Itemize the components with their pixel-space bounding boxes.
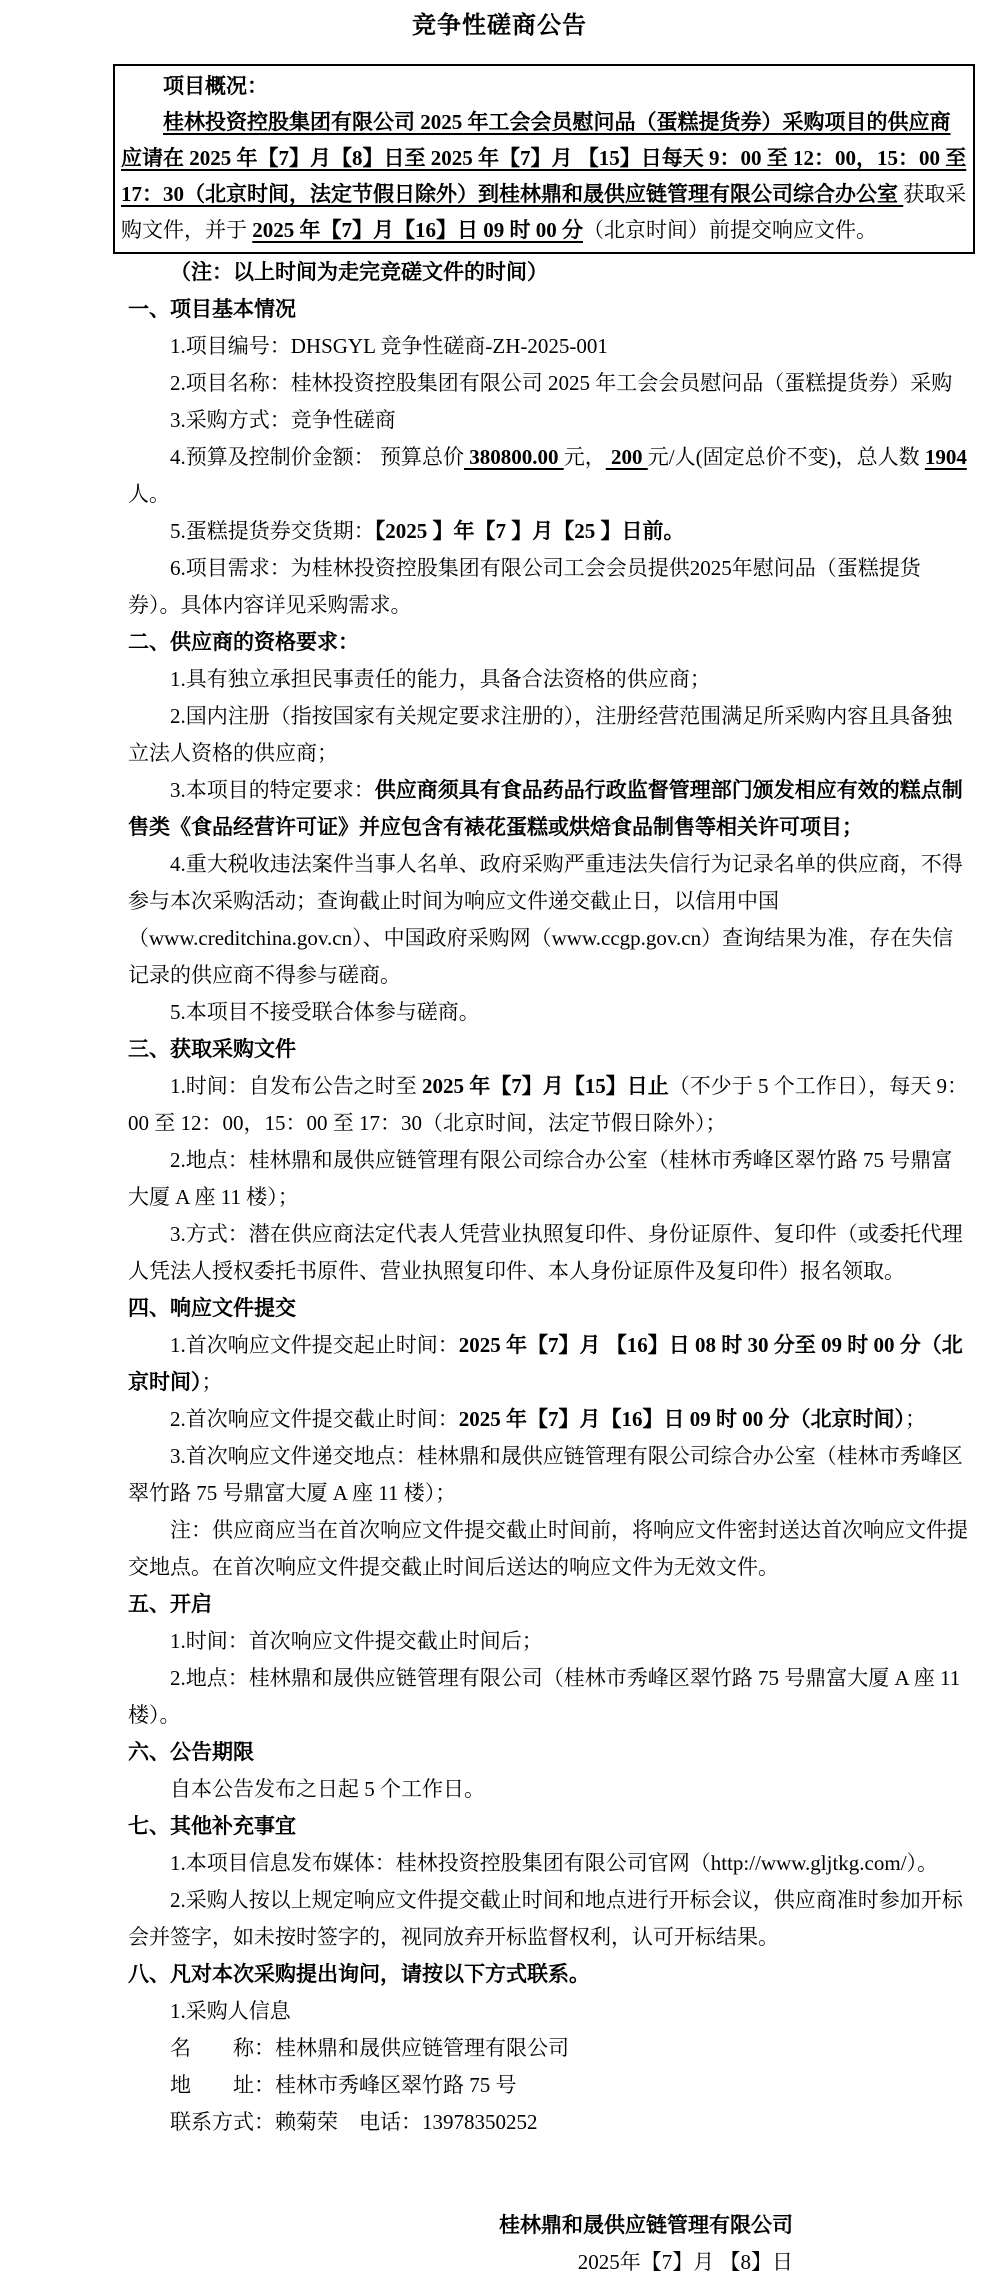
document-section: 一、项目基本情况 1.项目编号：DHSGYL 竞争性磋商-ZH-2025-001… [128, 291, 970, 624]
overview-heading: 项目概况： [121, 68, 967, 104]
page-title: 竞争性磋商公告 [0, 8, 999, 44]
section-heading: 二、供应商的资格要求： [128, 624, 970, 661]
note-line: （注：以上时间为走完竞磋文件的时间） [128, 254, 970, 291]
text-run: 元/人(固定总价不变)，总人数 [648, 445, 925, 469]
paragraph: 1.时间：自发布公告之时至 2025 年【7】月【15】日止（不少于 5 个工作… [128, 1068, 970, 1142]
section-heading: 五、开启 [128, 1586, 970, 1623]
text-run: 名 称：桂林鼎和晟供应链管理有限公司 [170, 2036, 569, 2060]
text-run: 5.蛋糕提货券交货期： [170, 519, 375, 543]
text-run: ； [202, 1370, 223, 1394]
paragraph: 地 址：桂林市秀峰区翠竹路 75 号 [128, 2067, 970, 2104]
paragraph: 1.项目编号：DHSGYL 竞争性磋商-ZH-2025-001 [128, 328, 970, 365]
text-run: 2.地点：桂林鼎和晟供应链管理有限公司（桂林市秀峰区翠竹路 75 号鼎富大厦 A… [128, 1666, 960, 1727]
signature-date: 2025年【7】月 【8】日 [128, 2244, 793, 2281]
section-paragraphs: 1.具有独立承担民事责任的能力，具备合法资格的供应商；2.国内注册（指按国家有关… [128, 661, 970, 1031]
text-run: 注：供应商应当在首次响应文件提交截止时间前，将响应文件密封送达首次响应文件提交地… [128, 1518, 968, 1579]
section-paragraphs: 1.首次响应文件提交起止时间：2025 年【7】月 【16】日 08 时 30 … [128, 1327, 970, 1586]
document-section: 七、其他补充事宜 1.本项目信息发布媒体：桂林投资控股集团有限公司官网（http… [128, 1808, 970, 1956]
text-run: （北京时间）前提交响应文件。 [583, 218, 877, 242]
text-run: 2025 年【7】月【16】日 09 时 00 分（北京时间） [459, 1407, 905, 1431]
section-heading: 一、项目基本情况 [128, 291, 970, 328]
paragraph: 名 称：桂林鼎和晟供应链管理有限公司 [128, 2030, 970, 2067]
paragraph: 2.采购人按以上规定响应文件提交截止时间和地点进行开标会议，供应商准时参加开标会… [128, 1882, 970, 1956]
paragraph: 3.首次响应文件递交地点：桂林鼎和晟供应链管理有限公司综合办公室（桂林市秀峰区翠… [128, 1438, 970, 1512]
paragraph: 3.采购方式：竞争性磋商 [128, 402, 970, 439]
paragraph: 2.首次响应文件提交截止时间：2025 年【7】月【16】日 09 时 00 分… [128, 1401, 970, 1438]
paragraph: 6.项目需求：为桂林投资控股集团有限公司工会会员提供2025年慰问品（蛋糕提货券… [128, 550, 970, 624]
text-run: 3.首次响应文件递交地点：桂林鼎和晟供应链管理有限公司综合办公室（桂林市秀峰区翠… [128, 1444, 963, 1505]
paragraph: 2.国内注册（指按国家有关规定要求注册的），注册经营范围满足所采购内容且具备独立… [128, 698, 970, 772]
document-section: 三、获取采购文件 1.时间：自发布公告之时至 2025 年【7】月【15】日止（… [128, 1031, 970, 1290]
paragraph: 5.本项目不接受联合体参与磋商。 [128, 994, 970, 1031]
paragraph: 3.本项目的特定要求：供应商须具有食品药品行政监督管理部门颁发相应有效的糕点制售… [128, 772, 970, 846]
section-paragraphs: 1.项目编号：DHSGYL 竞争性磋商-ZH-2025-0012.项目名称：桂林… [128, 328, 970, 624]
document-body: 项目概况： 桂林投资控股集团有限公司 2025 年工会会员慰问品（蛋糕提货券）采… [128, 64, 970, 2281]
text-run: 6.项目需求：为桂林投资控股集团有限公司工会会员提供2025年慰问品（蛋糕提货券… [128, 556, 921, 617]
text-run: 【2025 】年【7 】月【25 】日前。 [375, 519, 685, 543]
text-run: 元， [564, 445, 606, 469]
paragraph: 1.首次响应文件提交起止时间：2025 年【7】月 【16】日 08 时 30 … [128, 1327, 970, 1401]
text-run: 1904 [925, 445, 967, 469]
paragraph: 1.本项目信息发布媒体：桂林投资控股集团有限公司官网（http://www.gl… [128, 1845, 970, 1882]
text-run: 1.具有独立承担民事责任的能力，具备合法资格的供应商； [170, 667, 711, 691]
text-run: 5.本项目不接受联合体参与磋商。 [170, 1000, 480, 1024]
section-heading: 八、凡对本次采购提出询问，请按以下方式联系。 [128, 1956, 970, 1993]
section-heading: 六、公告期限 [128, 1734, 970, 1771]
sections: 一、项目基本情况 1.项目编号：DHSGYL 竞争性磋商-ZH-2025-001… [128, 291, 970, 2141]
text-run: 2025 年【7】月【15】日止 [422, 1074, 669, 1098]
text-run: 1.采购人信息 [170, 1999, 291, 2023]
paragraph: 联系方式：赖菊荣 电话：13978350252 [128, 2104, 970, 2141]
signature-company: 桂林鼎和晟供应链管理有限公司 [128, 2207, 793, 2244]
paragraph: 5.蛋糕提货券交货期：【2025 】年【7 】月【25 】日前。 [128, 513, 970, 550]
text-run: 人。 [128, 482, 170, 506]
document-section: 五、开启 1.时间：首次响应文件提交截止时间后；2.地点：桂林鼎和晟供应链管理有… [128, 1586, 970, 1734]
paragraph: 1.具有独立承担民事责任的能力，具备合法资格的供应商； [128, 661, 970, 698]
text-run: 联系方式：赖菊荣 电话：13978350252 [170, 2110, 538, 2134]
text-run: 2.项目名称：桂林投资控股集团有限公司 2025 年工会会员慰问品（蛋糕提货券）… [170, 371, 952, 395]
text-run: 1.首次响应文件提交起止时间： [170, 1333, 459, 1357]
text-run: 2.国内注册（指按国家有关规定要求注册的），注册经营范围满足所采购内容且具备独立… [128, 704, 952, 765]
section-paragraphs: 1.时间：自发布公告之时至 2025 年【7】月【15】日止（不少于 5 个工作… [128, 1068, 970, 1290]
text-run: 2025 年【7】月【16】日 09 时 00 分 [252, 218, 583, 242]
section-heading: 七、其他补充事宜 [128, 1808, 970, 1845]
text-run: ； [905, 1407, 926, 1431]
text-run: 自本公告发布之日起 5 个工作日。 [170, 1777, 485, 1801]
text-run: 1.本项目信息发布媒体：桂林投资控股集团有限公司官网（http://www.gl… [170, 1851, 938, 1875]
section-heading: 三、获取采购文件 [128, 1031, 970, 1068]
paragraph: 4.重大税收违法案件当事人名单、政府采购严重违法失信行为记录名单的供应商，不得参… [128, 846, 970, 994]
text-run: 380800.00 [464, 445, 564, 469]
text-run: 3.采购方式：竞争性磋商 [170, 408, 396, 432]
text-run: 3.方式：潜在供应商法定代表人凭营业执照复印件、身份证原件、复印件（或委托代理人… [128, 1222, 963, 1283]
text-run: 200 [606, 445, 648, 469]
document-section: 四、响应文件提交 1.首次响应文件提交起止时间：2025 年【7】月 【16】日… [128, 1290, 970, 1586]
text-run: 4.重大税收违法案件当事人名单、政府采购严重违法失信行为记录名单的供应商，不得参… [128, 852, 963, 987]
document-section: 二、供应商的资格要求： 1.具有独立承担民事责任的能力，具备合法资格的供应商；2… [128, 624, 970, 1031]
text-run: 1.时间：首次响应文件提交截止时间后； [170, 1629, 543, 1653]
document-section: 八、凡对本次采购提出询问，请按以下方式联系。 1.采购人信息名 称：桂林鼎和晟供… [128, 1956, 970, 2141]
paragraph: 2.项目名称：桂林投资控股集团有限公司 2025 年工会会员慰问品（蛋糕提货券）… [128, 365, 970, 402]
text-run: 4.预算及控制价金额： 预算总价 [170, 445, 464, 469]
paragraph: 2.地点：桂林鼎和晟供应链管理有限公司综合办公室（桂林市秀峰区翠竹路 75 号鼎… [128, 1142, 970, 1216]
document-section: 六、公告期限 自本公告发布之日起 5 个工作日。 [128, 1734, 970, 1808]
section-paragraphs: 1.采购人信息名 称：桂林鼎和晟供应链管理有限公司地 址：桂林市秀峰区翠竹路 7… [128, 1993, 970, 2141]
paragraph: 1.时间：首次响应文件提交截止时间后； [128, 1623, 970, 1660]
overview-paragraph: 桂林投资控股集团有限公司 2025 年工会会员慰问品（蛋糕提货券）采购项目的供应… [121, 104, 967, 248]
paragraph: 1.采购人信息 [128, 1993, 970, 2030]
text-run: 3.本项目的特定要求： [170, 778, 375, 802]
text-run: 桂林投资控股集团有限公司 2025 年工会会员慰问品（蛋糕提货券）采购项目的供应… [121, 110, 966, 206]
section-paragraphs: 1.本项目信息发布媒体：桂林投资控股集团有限公司官网（http://www.gl… [128, 1845, 970, 1956]
text-run: 2.首次响应文件提交截止时间： [170, 1407, 459, 1431]
signature-block: 桂林鼎和晟供应链管理有限公司 2025年【7】月 【8】日 [128, 2207, 970, 2281]
paragraph: 3.方式：潜在供应商法定代表人凭营业执照复印件、身份证原件、复印件（或委托代理人… [128, 1216, 970, 1290]
paragraph: 4.预算及控制价金额： 预算总价 380800.00 元， 200 元/人(固定… [128, 439, 970, 513]
text-run: 2.地点：桂林鼎和晟供应链管理有限公司综合办公室（桂林市秀峰区翠竹路 75 号鼎… [128, 1148, 952, 1209]
text-run: 1.项目编号：DHSGYL 竞争性磋商-ZH-2025-001 [170, 334, 608, 358]
paragraph: 2.地点：桂林鼎和晟供应链管理有限公司（桂林市秀峰区翠竹路 75 号鼎富大厦 A… [128, 1660, 970, 1734]
section-heading: 四、响应文件提交 [128, 1290, 970, 1327]
text-run: 2.采购人按以上规定响应文件提交截止时间和地点进行开标会议，供应商准时参加开标会… [128, 1888, 963, 1949]
paragraph: 自本公告发布之日起 5 个工作日。 [128, 1771, 970, 1808]
project-overview-box: 项目概况： 桂林投资控股集团有限公司 2025 年工会会员慰问品（蛋糕提货券）采… [113, 64, 975, 254]
document-page: 竞争性磋商公告 项目概况： 桂林投资控股集团有限公司 2025 年工会会员慰问品… [0, 0, 999, 2281]
section-paragraphs: 自本公告发布之日起 5 个工作日。 [128, 1771, 970, 1808]
text-run: 地 址：桂林市秀峰区翠竹路 75 号 [170, 2073, 517, 2097]
section-paragraphs: 1.时间：首次响应文件提交截止时间后；2.地点：桂林鼎和晟供应链管理有限公司（桂… [128, 1623, 970, 1734]
paragraph: 注：供应商应当在首次响应文件提交截止时间前，将响应文件密封送达首次响应文件提交地… [128, 1512, 970, 1586]
text-run: 1.时间：自发布公告之时至 [170, 1074, 422, 1098]
